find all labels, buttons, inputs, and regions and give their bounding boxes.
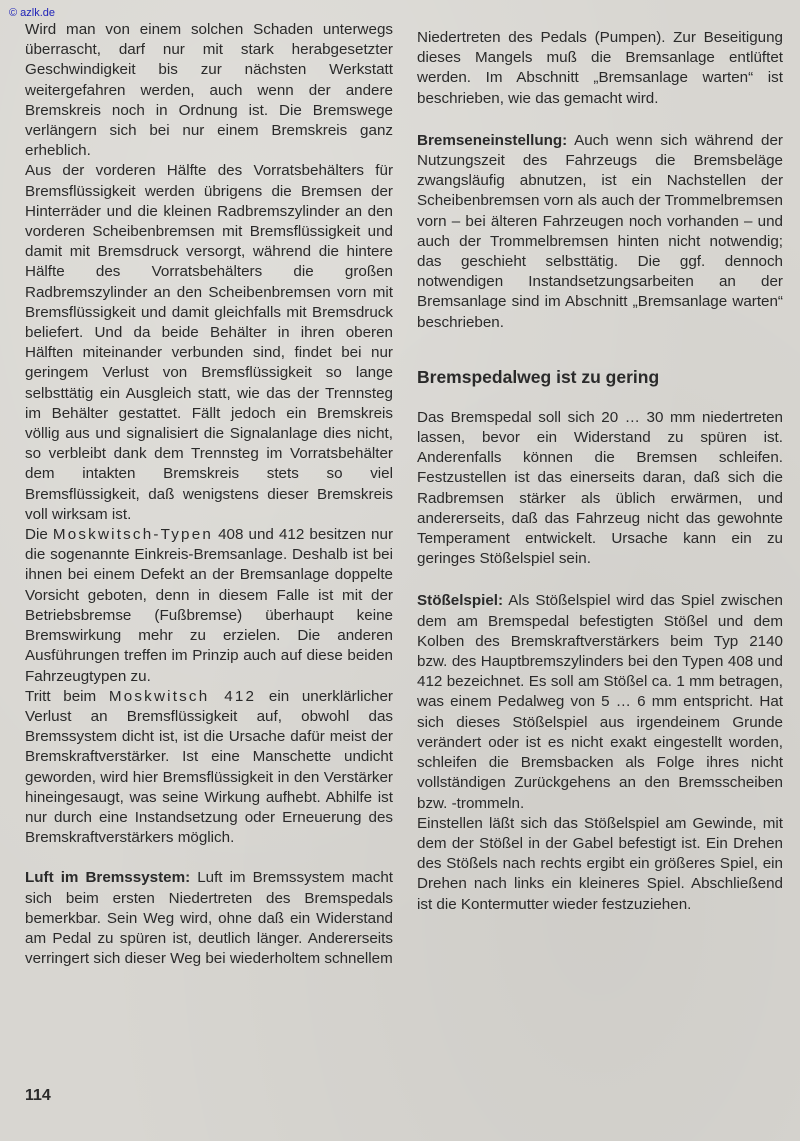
text: Als Stößelspiel wird das Spiel zwischen …	[417, 592, 783, 811]
paragraph-single-circuit-types: Die Moskwitsch-Typen 408 und 412 besitze…	[25, 525, 393, 687]
paragraph-reservoir-halves: Aus der vorderen Hälfte des Vorratsbehäl…	[25, 161, 393, 525]
model-name: Moskwitsch-Typen	[53, 526, 213, 543]
model-name: Moskwitsch 412	[109, 688, 256, 705]
paragraph-brake-booster-leak: Tritt beim Moskwitsch 412 ein unerklärli…	[25, 687, 393, 849]
text: Auch wenn sich während der Nutzungszeit …	[417, 132, 783, 331]
scanned-book-page: © azlk.de Wird man von einem solchen Sch…	[0, 0, 800, 1141]
left-column: Wird man von einem solchen Schaden unter…	[25, 20, 393, 969]
text: Die	[25, 526, 53, 543]
paragraph-pushrod-adjustment: Einstellen läßt sich das Stößelspiel am …	[417, 814, 783, 915]
run-in-heading: Luft im Bremssystem:	[25, 869, 190, 886]
paragraph-air-in-system: Luft im Bremssystem: Luft im Bremssystem…	[25, 868, 393, 969]
text: 408 und 412 besitzen nur die sogenannte …	[25, 526, 393, 684]
paragraph-damage-warning: Wird man von einem solchen Schaden unter…	[25, 20, 393, 161]
run-in-heading: Bremseneinstellung:	[417, 132, 567, 149]
paragraph-bleeding-continued: Niedertreten des Pedals (Pumpen). Zur Be…	[417, 28, 783, 109]
text: ein unerklärlicher Verlust an Bremsflüss…	[25, 688, 393, 846]
paragraph-pushrod-play: Stößelspiel: Als Stößelspiel wird das Sp…	[417, 591, 783, 813]
section-heading: Bremspedalweg ist zu gering	[417, 366, 783, 388]
paragraph-pedal-travel: Das Bremspedal soll sich 20 … 30 mm nied…	[417, 408, 783, 570]
page-number: 114	[25, 1087, 51, 1105]
paragraph-brake-adjustment: Bremseneinstellung: Auch wenn sich währe…	[417, 131, 783, 333]
watermark-link[interactable]: © azlk.de	[9, 7, 55, 19]
text: Tritt beim	[25, 688, 109, 705]
run-in-heading: Stößelspiel:	[417, 592, 503, 609]
right-column: Niedertreten des Pedals (Pumpen). Zur Be…	[417, 28, 783, 915]
